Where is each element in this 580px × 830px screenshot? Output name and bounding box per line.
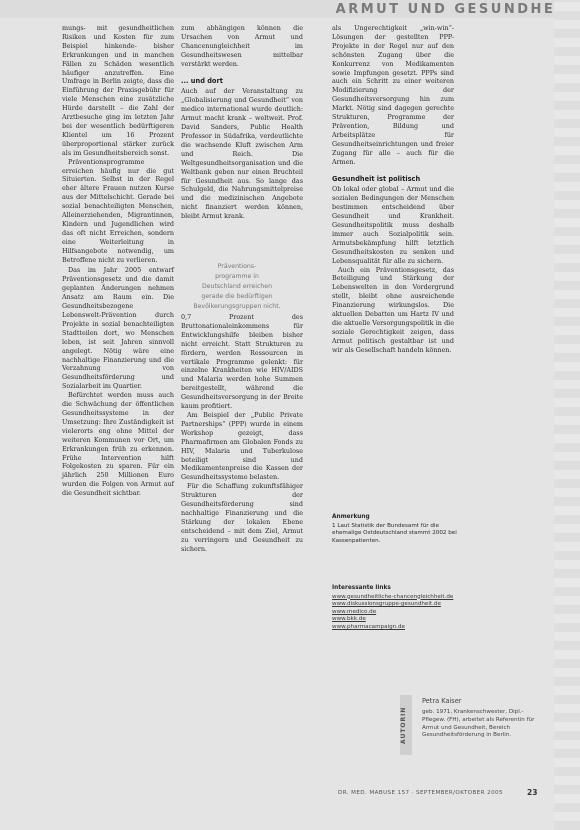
pullquote-line: Bevölkerungsgruppen nicht. — [178, 302, 296, 312]
author-tab-label: AUTORIN — [400, 695, 412, 755]
page-number: 23 — [527, 788, 537, 797]
paragraph: Für die Schaffung zukunftsfähiger Strukt… — [181, 482, 303, 553]
subheading: Gesundheit ist politisch — [332, 175, 454, 184]
paragraph: Das im Jahr 2005 entwarf Präventionsgese… — [62, 266, 174, 391]
decorative-pattern — [554, 0, 580, 830]
link[interactable]: www.medico.de — [332, 609, 457, 617]
footnote-box: Anmerkung 1 Laut Statistik der Bundesamt… — [332, 514, 457, 545]
paragraph: Befürchtet werden muss auch die Schwächu… — [62, 391, 174, 498]
footnote-label: Anmerkung — [332, 514, 457, 522]
paragraph: 0,7 Prozent des Bruttonationaleinkommens… — [181, 313, 303, 411]
paragraph: als Ungerechtigkeit „win-win“-Lösungen d… — [332, 24, 454, 167]
pullquote-line: Präventions- — [178, 262, 296, 272]
paragraph: mungs- mit gesundheitlichen Risiken und … — [62, 24, 174, 158]
footnote-text: 1 Laut Statistik der Bundesamt für die e… — [332, 523, 457, 546]
pullquote-line: gerade die bedürftigen — [178, 292, 296, 302]
paragraph: Auch auf der Veranstaltung zu „Globalisi… — [181, 87, 303, 221]
links-box: Interessante links www.gesundheitliche-c… — [332, 585, 457, 632]
link[interactable]: www.gesundheitliche-chancengleichheit.de — [332, 594, 457, 602]
paragraph: Ob lokal oder global – Armut und die soz… — [332, 185, 454, 265]
author-box: AUTORIN Petra Kaiser geb. 1971, Krankens… — [400, 695, 550, 775]
paragraph: zum abhängigen können die Ursachen von A… — [181, 24, 303, 69]
link[interactable]: www.diskussionsgruppe-gesundheit.de — [332, 601, 457, 609]
paragraph: Auch ein Präventionsgesetz, das Beteilig… — [332, 266, 454, 355]
author-bio: geb. 1971, Krankenschwester, Dipl.-Pfleg… — [422, 709, 542, 740]
link[interactable]: www.pharmacampaign.de — [332, 624, 457, 632]
pullquote-line: Deutschland erreichen — [178, 282, 296, 292]
paragraph: Am Beispiel der „Public Private Partners… — [181, 411, 303, 482]
author-name: Petra Kaiser — [422, 697, 462, 705]
footer-publication: DR. MED. MABUSE 157 · SEPTEMBER/OKTOBER … — [338, 790, 503, 796]
link[interactable]: www.bkk.de — [332, 616, 457, 624]
column-3: als Ungerechtigkeit „win-win“-Lösungen d… — [332, 24, 454, 355]
subheading: ... und dort — [181, 77, 303, 86]
pullquote: Präventions- programme in Deutschland er… — [178, 262, 296, 312]
paragraph: Präventionsprogramme erreichen häufig nu… — [62, 158, 174, 265]
links-label: Interessante links — [332, 585, 457, 593]
section-title: ARMUT UND GESUNDHEIT — [336, 2, 574, 17]
pullquote-line: programme in — [178, 272, 296, 282]
column-1: mungs- mit gesundheitlichen Risiken und … — [62, 24, 174, 498]
